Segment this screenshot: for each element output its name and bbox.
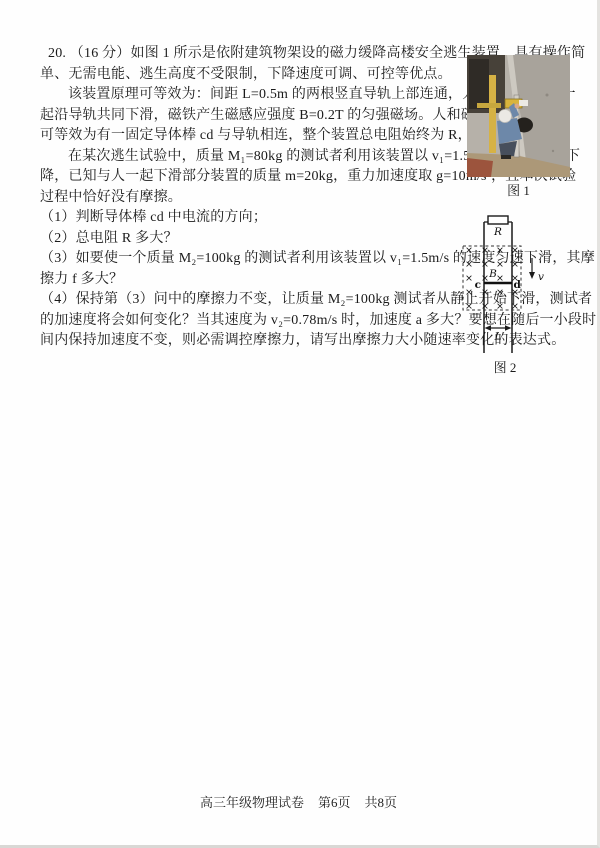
velocity-arrowhead-icon	[529, 272, 535, 279]
photo-doorway-inner	[469, 59, 489, 109]
figure1-caption: 图 1	[467, 180, 570, 199]
question-text-line: （3）如要使一个质量 M₂=100kg 的测试者利用该装置以 v₁=1.5m/s…	[40, 249, 472, 270]
field-into-page-icon: ×	[511, 301, 519, 312]
question-text-line: 在某次逃生试验中，质量 M₁=80kg 的测试者利用该装置以 v₁=1.5m/s…	[40, 147, 472, 168]
field-into-page-icon: ×	[496, 245, 504, 256]
question-text-line: 起沿导轨共同下滑，磁铁产生磁感应强度 B=0.2T 的匀强磁场。人和磁铁所经位置…	[40, 106, 472, 127]
question-text-line: （4）保持第（3）问中的摩擦力不变，让质量 M₂=100kg 测试者从静止开始下…	[40, 290, 472, 311]
question-text-line: （2）总电阻 R 多大？	[40, 229, 472, 250]
figure1-photo	[467, 55, 570, 177]
footer-page-total: 共8页	[365, 795, 398, 810]
field-into-page-icon: ×	[481, 287, 489, 298]
width-arrowhead-right-icon	[505, 325, 512, 330]
photo-device-part	[519, 100, 528, 106]
page-footer: 高三年级物理试卷第6页共8页	[0, 792, 597, 811]
rail-width-label: L	[494, 331, 502, 343]
velocity-label: v	[538, 271, 544, 283]
question-text-line: 降，已知与人一起下滑部分装置的质量 m=20kg，重力加速度取 g=10m/s²…	[40, 167, 472, 188]
bar-end-d-label: d	[514, 279, 522, 291]
field-into-page-icon: ×	[481, 245, 489, 256]
photo-red-tiles	[467, 158, 493, 177]
photo-shoe	[501, 155, 511, 159]
photo-wall-speck	[552, 150, 554, 152]
bar-end-c-label: c	[475, 279, 481, 291]
field-into-page-icon: ×	[511, 259, 519, 270]
question-text-line: 擦力 f 多大？	[40, 270, 472, 291]
resistor-label: R	[493, 226, 502, 238]
field-into-page-icon: ×	[496, 259, 504, 270]
photo-yellow-crossbar	[477, 103, 501, 108]
photo-helmet	[499, 110, 512, 123]
footer-doc-title: 高三年级物理试卷	[200, 795, 304, 810]
field-into-page-icon: ×	[481, 259, 489, 270]
field-into-page-icon: ×	[465, 245, 473, 256]
figure-1: 图 1	[467, 55, 570, 199]
question-text-line: 间内保持加速度不变，则必需调控摩擦力，请写出摩擦力大小随速率变化的表达式。	[40, 331, 472, 352]
figure2-caption: 图 2	[455, 357, 555, 376]
figure2-circuit-diagram: R ×××××××××××××××××××× B c d v L	[455, 210, 555, 356]
question-text-line: 的加速度将会如何变化？当其速度为 v₂=0.78m/s 时，加速度 a 多大？要…	[40, 311, 472, 332]
question-text-line: 过程中恰好没有摩擦。	[40, 188, 472, 209]
figure-2: R ×××××××××××××××××××× B c d v L 图 2	[455, 210, 555, 376]
photo-wall-speck	[546, 94, 549, 97]
field-label: B	[488, 268, 497, 280]
field-into-page-icon: ×	[465, 259, 473, 270]
field-into-page-icon: ×	[465, 287, 473, 298]
field-into-page-icon: ×	[481, 301, 489, 312]
field-into-page-icon: ×	[465, 301, 473, 312]
width-arrowhead-left-icon	[485, 325, 492, 330]
footer-page-number: 第6页	[318, 795, 351, 810]
photo-yellow-frame	[489, 75, 496, 153]
question-text-line: 该装置原理可等效为：间距 L=0.5m 的两根竖直导轨上部连通，人和磁铁固定在一	[40, 85, 472, 106]
question-text-line: 可等效为有一固定导体棒 cd 与导轨相连，整个装置总电阻始终为 R，如图 2 所…	[40, 126, 472, 147]
photo-person-hand	[515, 104, 520, 109]
question-text-line: 20. （16 分）如图 1 所示是依附建筑物架设的磁力缓降高楼安全逃生装置，具…	[40, 44, 472, 65]
field-into-page-icon: ×	[511, 245, 519, 256]
exam-page: 20. （16 分）如图 1 所示是依附建筑物架设的磁力缓降高楼安全逃生装置，具…	[0, 0, 600, 848]
field-into-page-icon: ×	[496, 301, 504, 312]
field-into-page-icon: ×	[465, 273, 473, 284]
field-into-page-icon: ×	[496, 287, 504, 298]
question-text-line: （1）判断导体棒 cd 中电流的方向；	[40, 208, 472, 229]
question-text: 20. （16 分）如图 1 所示是依附建筑物架设的磁力缓降高楼安全逃生装置，具…	[40, 44, 472, 352]
resistor-symbol	[488, 216, 508, 224]
question-text-line: 单、无需电能、逃生高度不受限制，下降速度可调、可控等优点。	[40, 65, 472, 86]
